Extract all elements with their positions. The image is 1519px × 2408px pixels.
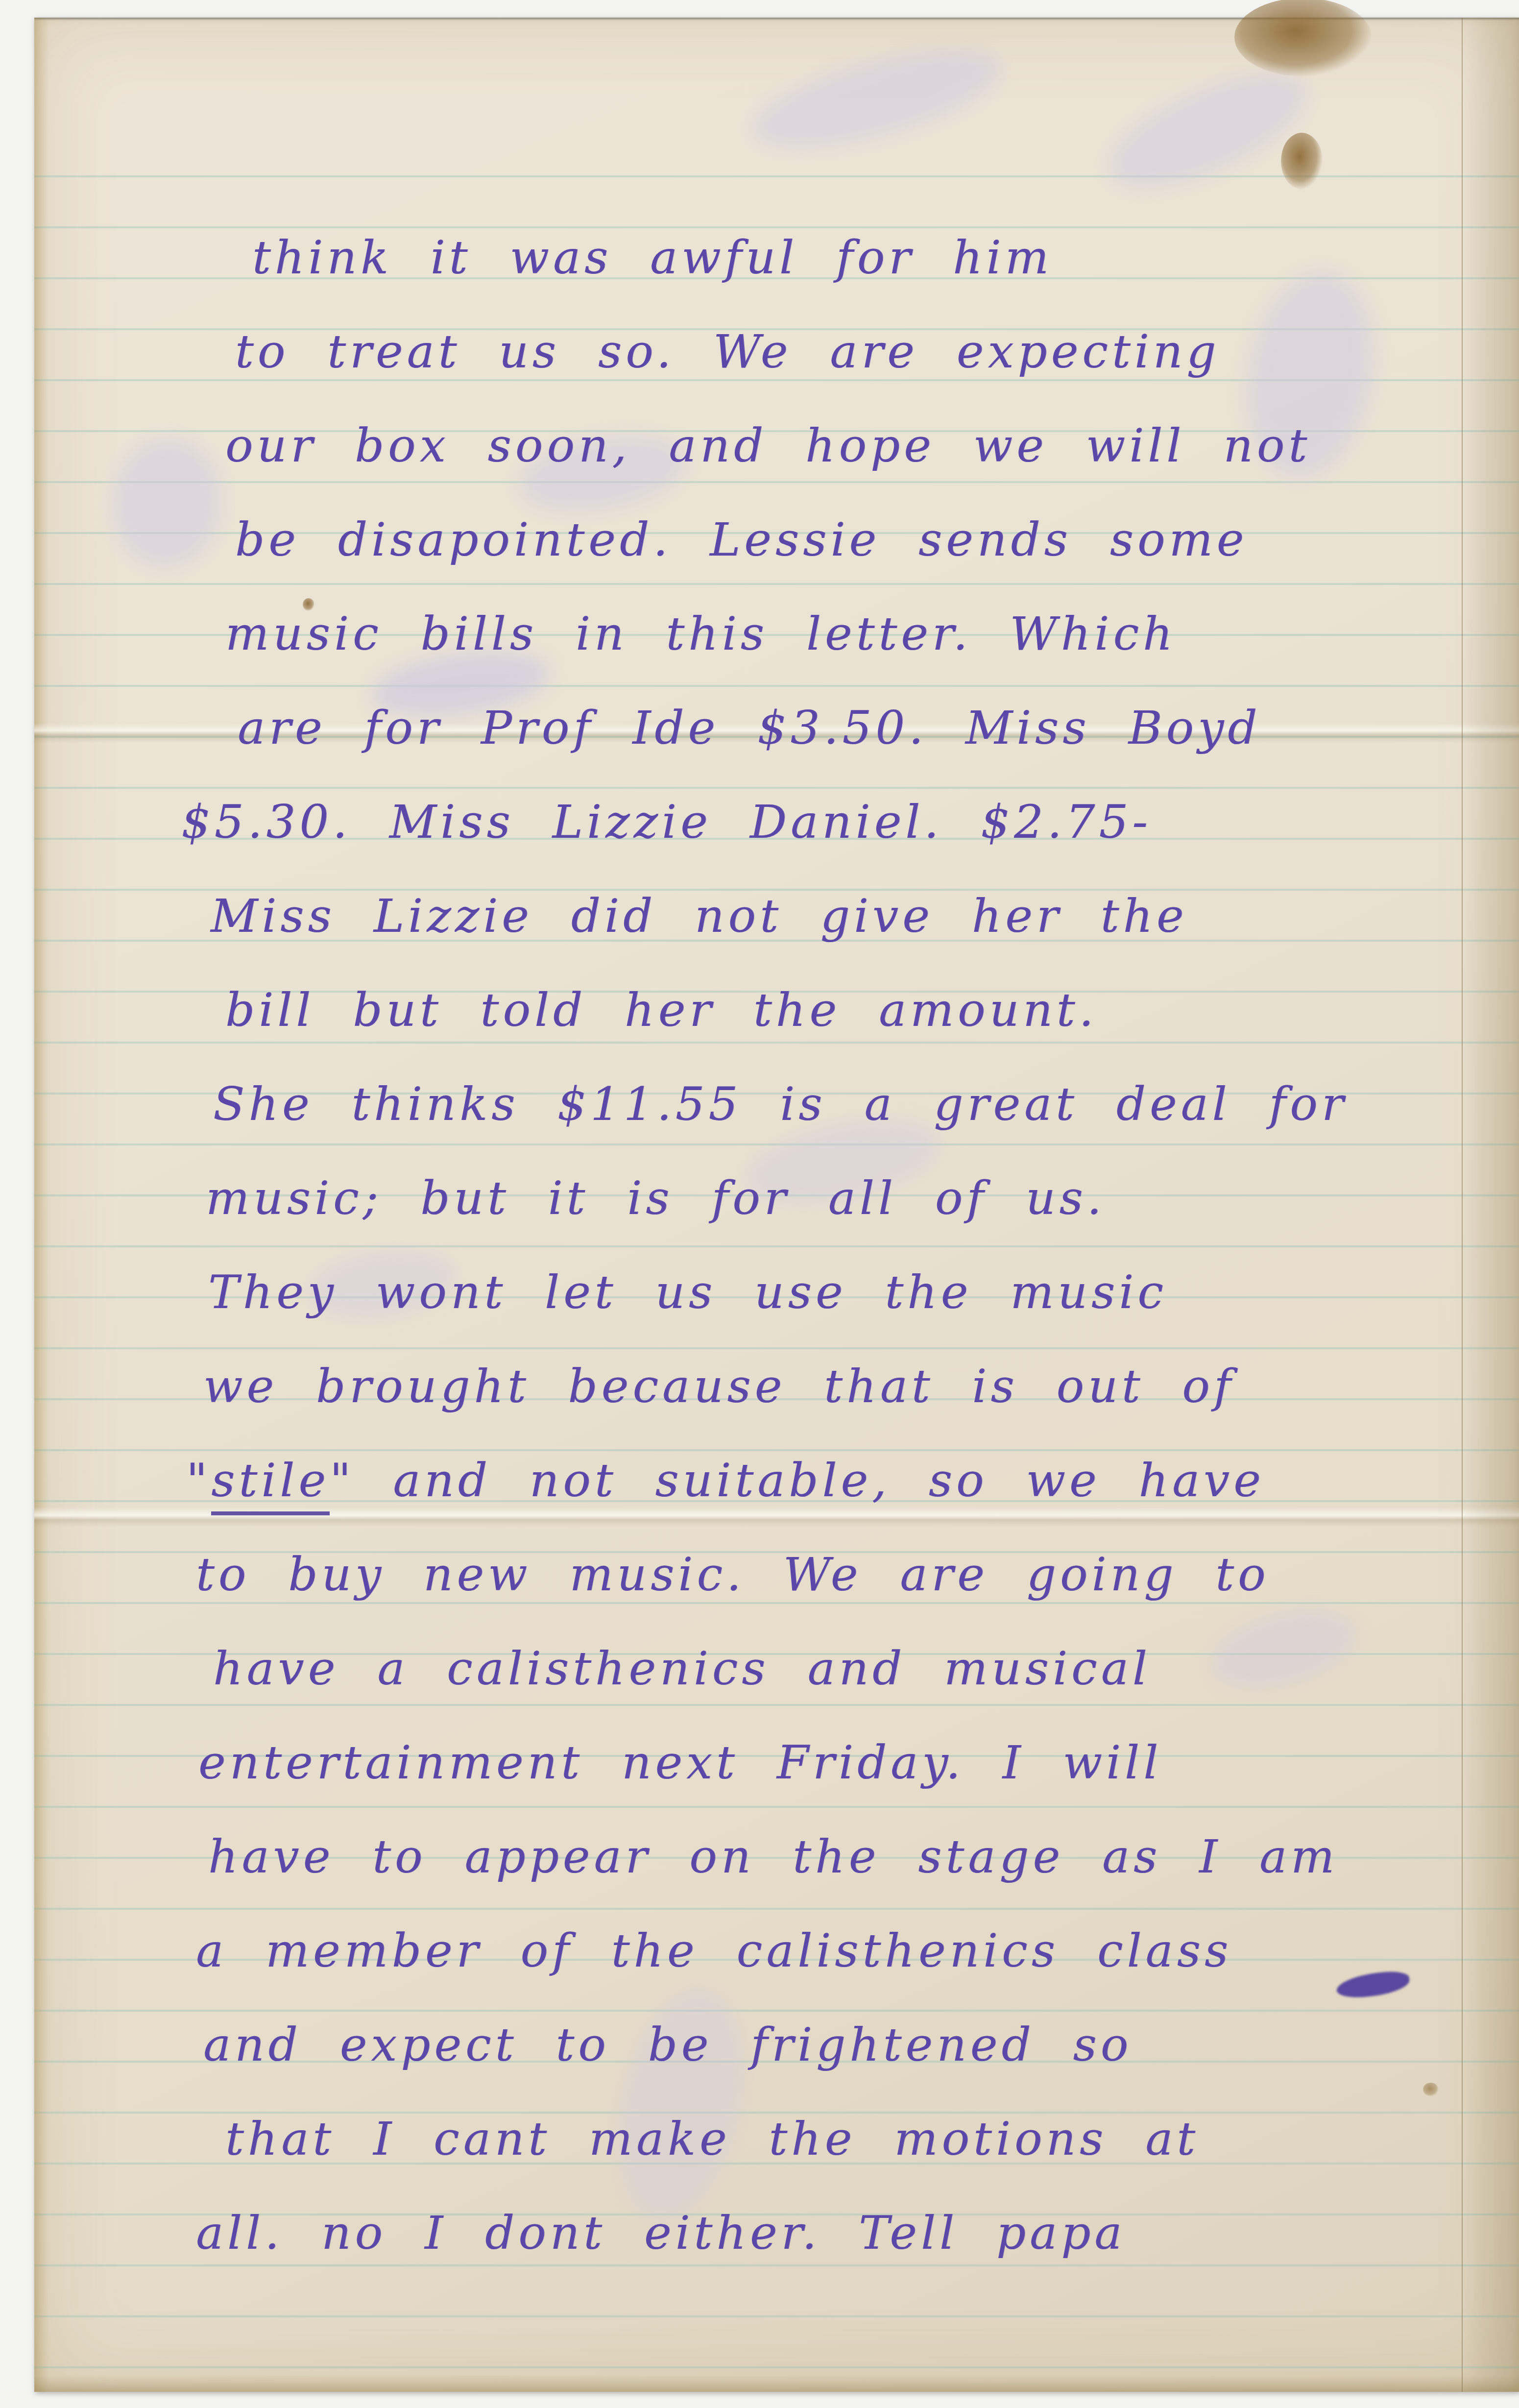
- fold-crease-right: [1462, 18, 1519, 2392]
- letter-line: Miss Lizzie did not give her the: [211, 870, 1460, 964]
- paper-bottom-edge: [34, 2375, 1519, 2392]
- stile-underlined-word: stile: [211, 1454, 330, 1515]
- stile-rest-of-line: " and not suitable, so we have: [330, 1454, 1265, 1508]
- letter-body: think it was awful for him to treat us s…: [179, 211, 1460, 2281]
- letter-line: that I cant make the motions at: [225, 2092, 1460, 2187]
- stain-top-edge: [1234, 0, 1372, 76]
- letter-line: all. no I dont either. Tell papa: [196, 2187, 1460, 2281]
- letter-line: a member of the calisthenics class: [196, 1904, 1460, 1998]
- letter-line: we brought because that is out of: [203, 1340, 1460, 1434]
- letter-line: bill but told her the amount.: [225, 964, 1460, 1058]
- letter-line-stile: "stile" and not suitable, so we have: [186, 1434, 1460, 1528]
- letter-line: think it was awful for him: [252, 211, 1460, 305]
- letter-line: to buy new music. We are going to: [196, 1528, 1460, 1622]
- scanner-background: think it was awful for him to treat us s…: [0, 0, 1519, 2408]
- letter-line: They wont let us use the music: [208, 1246, 1460, 1340]
- letter-line: and expect to be frightened so: [203, 1998, 1460, 2092]
- letter-line: to treat us so. We are expecting: [235, 305, 1460, 399]
- letter-line: are for Prof Ide $3.50. Miss Boyd: [238, 681, 1460, 776]
- letter-line: music bills in this letter. Which: [225, 587, 1460, 681]
- letter-line: She thinks $11.55 is a great deal for: [213, 1058, 1460, 1152]
- paper-left-edge: [34, 18, 49, 2392]
- letter-line: have to appear on the stage as I am: [208, 1810, 1460, 1904]
- letter-line: $5.30. Miss Lizzie Daniel. $2.75-: [181, 776, 1460, 870]
- letter-line: our box soon, and hope we will not: [225, 399, 1460, 493]
- letter-page: think it was awful for him to treat us s…: [34, 18, 1519, 2392]
- letter-line: have a calisthenics and musical: [213, 1622, 1460, 1716]
- stile-open-quote: ": [186, 1454, 211, 1508]
- letter-line: music; but it is for all of us.: [206, 1152, 1460, 1246]
- letter-line: be disapointed. Lessie sends some: [235, 493, 1460, 587]
- letter-line: entertainment next Friday. I will: [198, 1716, 1460, 1810]
